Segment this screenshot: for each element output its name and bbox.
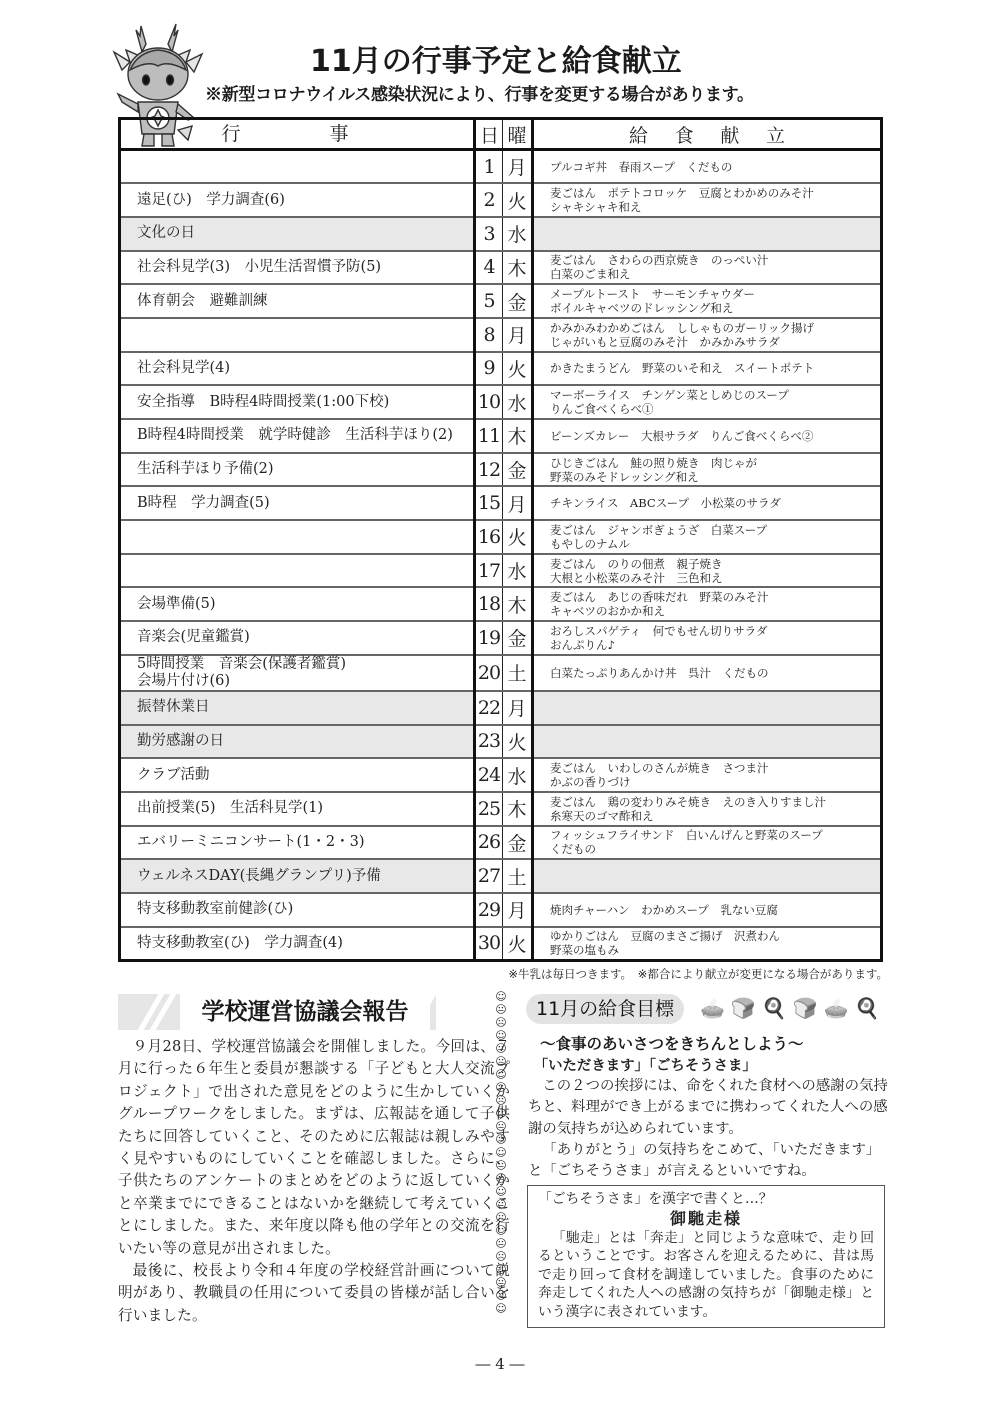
fried-egg-icon: 🍳 bbox=[855, 994, 880, 1022]
menu-line: 野菜の塩もみ bbox=[550, 943, 880, 957]
header-menu-char: 給 bbox=[629, 121, 648, 148]
weekday-cell: 金 bbox=[503, 453, 533, 487]
day-cell: 8 bbox=[475, 318, 503, 352]
face-icon: 😐 bbox=[494, 1003, 508, 1016]
event-cell: B時程 学力調査(5) bbox=[120, 486, 475, 520]
menu-line: ひじきごはん 鮭の照り焼き 肉じゃが bbox=[550, 456, 880, 470]
fried-egg-icon: 🍳 bbox=[762, 994, 787, 1022]
kanji-explanation: 「馳走」とは「奔走」と同じような意味で、走り回るということです。お客さんを迎える… bbox=[538, 1229, 874, 1322]
menu-line: 麦ごはん いわしのさんが焼き さつま汁 bbox=[550, 761, 880, 775]
weekday-cell: 金 bbox=[503, 621, 533, 655]
event-cell: 出前授業(5) 生活科見学(1) bbox=[120, 792, 475, 826]
weekday-cell: 土 bbox=[503, 859, 533, 893]
table-row: 1月プルコギ丼 春雨スープ くだもの bbox=[120, 150, 882, 184]
day-cell: 16 bbox=[475, 520, 503, 554]
weekday-cell: 月 bbox=[503, 318, 533, 352]
council-paragraph: ９月28日、学校運営協議会を開催しました。今回は、７月に行った６年生と委員が懇談… bbox=[118, 1036, 510, 1260]
menu-line: ゆかりごはん 豆腐のまさご揚げ 沢煮わん bbox=[550, 929, 880, 943]
event-cell: 遠足(ひ) 学力調査(6) bbox=[120, 183, 475, 217]
menu-cell bbox=[533, 691, 882, 725]
menu-cell: かきたまうどん 野菜のいそ和え スイートポテト bbox=[533, 352, 882, 386]
menu-line: 白菜たっぷりあんかけ丼 呉汁 くだもの bbox=[550, 666, 880, 680]
event-line: B時程 学力調査(5) bbox=[137, 495, 473, 512]
menu-cell: 麦ごはん ポテトコロッケ 豆腐とわかめのみそ汁シャキシャキ和え bbox=[533, 183, 882, 217]
face-icon: ☺ bbox=[494, 1263, 508, 1276]
menu-cell bbox=[533, 859, 882, 893]
header-event-char: 事 bbox=[329, 126, 348, 143]
table-row: B時程 学力調査(5)15月チキンライス ABCスープ 小松菜のサラダ bbox=[120, 486, 882, 520]
kanji-answer: 御馳走様 bbox=[538, 1209, 874, 1229]
menu-cell: マーボーライス チンゲン菜としめじのスープりんご食べくらべ① bbox=[533, 385, 882, 419]
event-cell: エバリーミニコンサート(1・2・3) bbox=[120, 826, 475, 860]
council-paragraph: 最後に、校長より令和４年度の学校経営計画について説明があり、教職員の任用について… bbox=[118, 1260, 510, 1327]
event-cell: B時程4時間授業 就学時健診 生活科芋ほり(2) bbox=[120, 419, 475, 453]
face-icon: ☹ bbox=[494, 1094, 508, 1107]
face-icon: 😐 bbox=[494, 1237, 508, 1250]
event-cell: 生活科芋ほり予備(2) bbox=[120, 453, 475, 487]
table-row: 文化の日3水 bbox=[120, 217, 882, 251]
council-report-title: 学校運営協議会報告 bbox=[180, 994, 430, 1030]
weekday-cell: 火 bbox=[503, 927, 533, 961]
event-line: 5時間授業 音楽会(保護者鑑賞) bbox=[137, 656, 473, 673]
event-line: 会場片付け(6) bbox=[137, 673, 473, 690]
menu-line: かきたまうどん 野菜のいそ和え スイートポテト bbox=[550, 361, 880, 375]
page-number: ― 4 ― bbox=[0, 1355, 1000, 1373]
face-icon: ☹ bbox=[494, 1211, 508, 1224]
menu-line: かみかみわかめごはん ししゃものガーリック揚げ bbox=[550, 321, 880, 335]
face-icon: ☹ bbox=[494, 1133, 508, 1146]
menu-line: ビーンズカレー 大根サラダ りんご食べくらべ② bbox=[550, 429, 880, 443]
event-cell: 5時間授業 音楽会(保護者鑑賞)会場片付け(6) bbox=[120, 655, 475, 691]
weekday-cell: 金 bbox=[503, 284, 533, 318]
event-line: 体育朝会 避難訓練 bbox=[137, 293, 473, 310]
menu-line: シャキシャキ和え bbox=[550, 200, 880, 214]
weekday-cell: 月 bbox=[503, 691, 533, 725]
day-cell: 25 bbox=[475, 792, 503, 826]
event-line: 文化の日 bbox=[137, 225, 473, 242]
table-row: 5時間授業 音楽会(保護者鑑賞)会場片付け(6)20土白菜たっぷりあんかけ丼 呉… bbox=[120, 655, 882, 691]
weekday-cell: 金 bbox=[503, 826, 533, 860]
day-cell: 12 bbox=[475, 453, 503, 487]
event-cell: 安全指導 B時程4時間授業(1:00下校) bbox=[120, 385, 475, 419]
day-cell: 9 bbox=[475, 352, 503, 386]
menu-line: かぶの香りづけ bbox=[550, 775, 880, 789]
table-row: 会場準備(5)18木麦ごはん あじの香味だれ 野菜のみそ汁キャベツのおかか和え bbox=[120, 587, 882, 621]
event-cell: 社会科見学(4) bbox=[120, 352, 475, 386]
table-row: 体育朝会 避難訓練5金メープルトースト サーモンチャウダーボイルキャベツのドレッ… bbox=[120, 284, 882, 318]
face-icon: ☺ bbox=[494, 1224, 508, 1237]
weekday-cell: 火 bbox=[503, 183, 533, 217]
menu-line: くだもの bbox=[550, 842, 880, 856]
weekday-cell: 木 bbox=[503, 251, 533, 285]
menu-cell: プルコギ丼 春雨スープ くだもの bbox=[533, 150, 882, 184]
schedule-body: 1月プルコギ丼 春雨スープ くだもの遠足(ひ) 学力調査(6)2火麦ごはん ポテ… bbox=[120, 150, 882, 961]
event-cell: 文化の日 bbox=[120, 217, 475, 251]
face-icon: 😐 bbox=[494, 1276, 508, 1289]
menu-line: 麦ごはん ジャンボぎょうざ 白菜スープ bbox=[550, 523, 880, 537]
event-line: 出前授業(5) 生活科見学(1) bbox=[137, 800, 473, 817]
event-cell: 特支移動教室(ひ) 学力調査(4) bbox=[120, 927, 475, 961]
weekday-cell: 木 bbox=[503, 587, 533, 621]
weekday-cell: 土 bbox=[503, 655, 533, 691]
face-icon: 😐 bbox=[494, 1159, 508, 1172]
event-line: 勤労感謝の日 bbox=[137, 733, 473, 750]
face-icon: ☺ bbox=[494, 1029, 508, 1042]
event-cell: ウェルネスDAY(長縄グランプリ)予備 bbox=[120, 859, 475, 893]
weekday-cell: 水 bbox=[503, 385, 533, 419]
table-row: 社会科見学(3) 小児生活習慣予防(5)4木麦ごはん さわらの西京焼き のっぺい… bbox=[120, 251, 882, 285]
event-line: 特支移動教室(ひ) 学力調査(4) bbox=[137, 935, 473, 952]
table-row: 8月かみかみわかめごはん ししゃものガーリック揚げじゃがいもと豆腐のみそ汁 かみ… bbox=[120, 318, 882, 352]
day-cell: 19 bbox=[475, 621, 503, 655]
face-icon: ☺ bbox=[494, 1146, 508, 1159]
weekday-cell: 火 bbox=[503, 520, 533, 554]
face-icon: ☹ bbox=[494, 1250, 508, 1263]
header-menu: 給 食 献 立 bbox=[533, 119, 882, 150]
event-cell bbox=[120, 520, 475, 554]
day-cell: 3 bbox=[475, 217, 503, 251]
day-cell: 18 bbox=[475, 587, 503, 621]
face-icon: ☹ bbox=[494, 1055, 508, 1068]
menu-line: 糸寒天のゴマ酢和え bbox=[550, 809, 880, 823]
day-cell: 17 bbox=[475, 554, 503, 588]
face-icon: ☺ bbox=[494, 1107, 508, 1120]
weekday-cell: 月 bbox=[503, 486, 533, 520]
event-cell: クラブ活動 bbox=[120, 758, 475, 792]
menu-cell: メープルトースト サーモンチャウダーボイルキャベツのドレッシング和え bbox=[533, 284, 882, 318]
table-row: 出前授業(5) 生活科見学(1)25木麦ごはん 鶏の変わりみそ焼き えのき入りす… bbox=[120, 792, 882, 826]
menu-line: マーボーライス チンゲン菜としめじのスープ bbox=[550, 388, 880, 402]
menu-cell: おろしスパゲティ 何でもせん切りサラダおんぷりん♪ bbox=[533, 621, 882, 655]
table-row: クラブ活動24水麦ごはん いわしのさんが焼き さつま汁かぶの香りづけ bbox=[120, 758, 882, 792]
table-row: 特支移動教室前健診(ひ)29月焼肉チャーハン わかめスープ 乳ない豆腐 bbox=[120, 893, 882, 927]
table-row: 勤労感謝の日23火 bbox=[120, 725, 882, 759]
event-line: 振替休業日 bbox=[137, 699, 473, 716]
menu-line: フィッシュフライサンド 白いんげんと野菜のスープ bbox=[550, 828, 880, 842]
day-cell: 24 bbox=[475, 758, 503, 792]
face-icon: 😐 bbox=[494, 1081, 508, 1094]
face-icon: ☺ bbox=[494, 1302, 508, 1315]
event-cell: 会場準備(5) bbox=[120, 587, 475, 621]
menu-cell: 麦ごはん あじの香味だれ 野菜のみそ汁キャベツのおかか和え bbox=[533, 587, 882, 621]
menu-line: チキンライス ABCスープ 小松菜のサラダ bbox=[550, 496, 880, 510]
table-header-row: 行 事 日 曜 給 食 献 立 bbox=[120, 119, 882, 150]
page-title: 11月の行事予定と給食献立 bbox=[310, 44, 682, 80]
event-line: 遠足(ひ) 学力調査(6) bbox=[137, 192, 473, 209]
event-line: 生活科芋ほり予備(2) bbox=[137, 461, 473, 478]
menu-line: 焼肉チャーハン わかめスープ 乳ない豆腐 bbox=[550, 903, 880, 917]
table-row: 生活科芋ほり予備(2)12金ひじきごはん 鮭の照り焼き 肉じゃが野菜のみそドレッ… bbox=[120, 453, 882, 487]
day-cell: 15 bbox=[475, 486, 503, 520]
lunch-goal-body: 「いただきます」「ごちそうさま」 この２つの挨拶には、命をくれた食材への感謝の気… bbox=[528, 1055, 890, 1182]
menu-line: りんご食べくらべ① bbox=[550, 402, 880, 416]
event-line: B時程4時間授業 就学時健診 生活科芋ほり(2) bbox=[137, 427, 473, 444]
lunch-goal-paragraph: 「ありがとう」の気持ちをこめて、「いただきます」と「ごちそうさま」が言えるといい… bbox=[528, 1140, 890, 1182]
pie-icon: 🥧 bbox=[700, 994, 725, 1022]
menu-line: プルコギ丼 春雨スープ くだもの bbox=[550, 160, 880, 174]
greeting-quote: 「いただきます」「ごちそうさま」 bbox=[528, 1055, 890, 1076]
day-cell: 4 bbox=[475, 251, 503, 285]
day-cell: 10 bbox=[475, 385, 503, 419]
lunch-goal-label: 11月の給食目標 bbox=[526, 994, 684, 1024]
weekday-cell: 水 bbox=[503, 554, 533, 588]
schedule-menu-table: 行 事 日 曜 給 食 献 立 1月プルコギ丼 春雨スープ くだもの遠足(ひ) … bbox=[118, 117, 883, 962]
menu-line: もやしのナムル bbox=[550, 537, 880, 551]
menu-line: 大根と小松菜のみそ汁 三色和え bbox=[550, 571, 880, 585]
weekday-cell: 月 bbox=[503, 150, 533, 184]
day-cell: 5 bbox=[475, 284, 503, 318]
weekday-cell: 木 bbox=[503, 419, 533, 453]
menu-cell: 麦ごはん さわらの西京焼き のっぺい汁白菜のごま和え bbox=[533, 251, 882, 285]
day-cell: 11 bbox=[475, 419, 503, 453]
face-icon: ☹ bbox=[494, 1172, 508, 1185]
menu-cell: 麦ごはん 鶏の変わりみそ焼き えのき入りすまし汁糸寒天のゴマ酢和え bbox=[533, 792, 882, 826]
day-cell: 26 bbox=[475, 826, 503, 860]
table-row: 特支移動教室(ひ) 学力調査(4)30火ゆかりごはん 豆腐のまさご揚げ 沢煮わん… bbox=[120, 927, 882, 961]
menu-cell: ひじきごはん 鮭の照り焼き 肉じゃが野菜のみそドレッシング和え bbox=[533, 453, 882, 487]
event-line: エバリーミニコンサート(1・2・3) bbox=[137, 834, 473, 851]
lunch-goal-subtitle: ～食事のあいさつをきちんとしよう～ bbox=[540, 1032, 804, 1054]
table-row: 遠足(ひ) 学力調査(6)2火麦ごはん ポテトコロッケ 豆腐とわかめのみそ汁シャ… bbox=[120, 183, 882, 217]
table-row: ウェルネスDAY(長縄グランプリ)予備27土 bbox=[120, 859, 882, 893]
day-cell: 22 bbox=[475, 691, 503, 725]
pie-icon: 🥧 bbox=[824, 994, 849, 1022]
face-icon: ☹ bbox=[494, 1289, 508, 1302]
weekday-cell: 水 bbox=[503, 758, 533, 792]
menu-cell: 白菜たっぷりあんかけ丼 呉汁 くだもの bbox=[533, 655, 882, 691]
menu-cell: 麦ごはん いわしのさんが焼き さつま汁かぶの香りづけ bbox=[533, 758, 882, 792]
covid-notice: ※新型コロナウイルス感染状況により、行事を変更する場合があります。 bbox=[205, 84, 754, 106]
event-cell: 勤労感謝の日 bbox=[120, 725, 475, 759]
day-cell: 27 bbox=[475, 859, 503, 893]
menu-cell bbox=[533, 217, 882, 251]
header-menu-char: 立 bbox=[766, 121, 785, 148]
event-cell: 特支移動教室前健診(ひ) bbox=[120, 893, 475, 927]
weekday-cell: 火 bbox=[503, 352, 533, 386]
menu-cell: 麦ごはん のりの佃煮 親子焼き大根と小松菜のみそ汁 三色和え bbox=[533, 554, 882, 588]
event-line: 音楽会(児童鑑賞) bbox=[137, 629, 473, 646]
face-icon: 😐 bbox=[494, 1120, 508, 1133]
gochisousama-kanji-box: 「ごちそうさま」を漢字で書くと…？ 御馳走様 「馳走」とは「奔走」と同じような意… bbox=[527, 1185, 885, 1328]
menu-cell: 焼肉チャーハン わかめスープ 乳ない豆腐 bbox=[533, 893, 882, 927]
menu-cell: チキンライス ABCスープ 小松菜のサラダ bbox=[533, 486, 882, 520]
weekday-cell: 火 bbox=[503, 725, 533, 759]
header-event-char: 行 bbox=[221, 126, 240, 143]
menu-cell: ビーンズカレー 大根サラダ りんご食べくらべ② bbox=[533, 419, 882, 453]
event-line: ウェルネスDAY(長縄グランプリ)予備 bbox=[137, 868, 473, 885]
menu-line: 麦ごはん さわらの西京焼き のっぺい汁 bbox=[550, 253, 880, 267]
table-row: 17水麦ごはん のりの佃煮 親子焼き大根と小松菜のみそ汁 三色和え bbox=[120, 554, 882, 588]
menu-cell: ゆかりごはん 豆腐のまさご揚げ 沢煮わん野菜の塩もみ bbox=[533, 927, 882, 961]
event-cell: 音楽会(児童鑑賞) bbox=[120, 621, 475, 655]
bread-icon: 🍞 bbox=[793, 994, 818, 1022]
council-report-body: ９月28日、学校運営協議会を開催しました。今回は、７月に行った６年生と委員が懇談… bbox=[118, 1036, 510, 1327]
event-line: 社会科見学(4) bbox=[137, 360, 473, 377]
menu-line: 麦ごはん 鶏の変わりみそ焼き えのき入りすまし汁 bbox=[550, 795, 880, 809]
event-cell: 振替休業日 bbox=[120, 691, 475, 725]
table-row: 16火麦ごはん ジャンボぎょうざ 白菜スープもやしのナムル bbox=[120, 520, 882, 554]
day-cell: 23 bbox=[475, 725, 503, 759]
menu-line: 野菜のみそドレッシング和え bbox=[550, 470, 880, 484]
bread-icon: 🍞 bbox=[731, 994, 756, 1022]
event-line: クラブ活動 bbox=[137, 767, 473, 784]
face-icon: ☺ bbox=[494, 1068, 508, 1081]
event-cell bbox=[120, 150, 475, 184]
menu-cell: かみかみわかめごはん ししゃものガーリック揚げじゃがいもと豆腐のみそ汁 かみかみ… bbox=[533, 318, 882, 352]
face-icon: 😐 bbox=[494, 1198, 508, 1211]
event-line: 特支移動教室前健診(ひ) bbox=[137, 901, 473, 918]
table-footnote: ※牛乳は毎日つきます。 ※都合により献立が変更になる場合があります。 bbox=[508, 966, 888, 982]
weekday-cell: 木 bbox=[503, 792, 533, 826]
table-row: B時程4時間授業 就学時健診 生活科芋ほり(2)11木ビーンズカレー 大根サラダ… bbox=[120, 419, 882, 453]
event-line: 会場準備(5) bbox=[137, 596, 473, 613]
header-menu-char: 食 bbox=[675, 121, 694, 148]
event-line: 安全指導 B時程4時間授業(1:00下校) bbox=[137, 394, 473, 411]
menu-cell bbox=[533, 725, 882, 759]
face-icon: ☺ bbox=[494, 1185, 508, 1198]
kanji-question: 「ごちそうさま」を漢字で書くと…？ bbox=[538, 1190, 874, 1209]
day-cell: 30 bbox=[475, 927, 503, 961]
event-cell: 体育朝会 避難訓練 bbox=[120, 284, 475, 318]
table-row: エバリーミニコンサート(1・2・3)26金フィッシュフライサンド 白いんげんと野… bbox=[120, 826, 882, 860]
menu-line: 白菜のごま和え bbox=[550, 267, 880, 281]
menu-line: 麦ごはん あじの香味だれ 野菜のみそ汁 bbox=[550, 590, 880, 604]
table-row: 振替休業日22月 bbox=[120, 691, 882, 725]
menu-line: キャベツのおかか和え bbox=[550, 604, 880, 618]
smiley-face-divider: ☺😐☹☺😐☹☺😐☹☺😐☹☺😐☹☺😐☹☺😐☹☺😐☹☺ bbox=[494, 990, 508, 1315]
event-cell bbox=[120, 554, 475, 588]
face-icon: ☺ bbox=[494, 990, 508, 1003]
lunch-goal-paragraph: この２つの挨拶には、命をくれた食材への感謝の気持ちと、料理ができ上がるまでに携わ… bbox=[528, 1076, 890, 1140]
header-weekday: 曜 bbox=[503, 119, 533, 150]
menu-line: おろしスパゲティ 何でもせん切りサラダ bbox=[550, 624, 880, 638]
face-icon: ☹ bbox=[494, 1016, 508, 1029]
weekday-cell: 月 bbox=[503, 893, 533, 927]
table-row: 音楽会(児童鑑賞)19金おろしスパゲティ 何でもせん切りサラダおんぷりん♪ bbox=[120, 621, 882, 655]
menu-line: 麦ごはん のりの佃煮 親子焼き bbox=[550, 557, 880, 571]
menu-line: メープルトースト サーモンチャウダー bbox=[550, 287, 880, 301]
menu-cell: フィッシュフライサンド 白いんげんと野菜のスープくだもの bbox=[533, 826, 882, 860]
event-cell: 社会科見学(3) 小児生活習慣予防(5) bbox=[120, 251, 475, 285]
header-event: 行 事 bbox=[120, 119, 475, 150]
day-cell: 2 bbox=[475, 183, 503, 217]
menu-line: おんぷりん♪ bbox=[550, 638, 880, 652]
header-day: 日 bbox=[475, 119, 503, 150]
face-icon: 😐 bbox=[494, 1042, 508, 1055]
menu-cell: 麦ごはん ジャンボぎょうざ 白菜スープもやしのナムル bbox=[533, 520, 882, 554]
council-report-header: 学校運営協議会報告 bbox=[118, 994, 436, 1030]
menu-line: 麦ごはん ポテトコロッケ 豆腐とわかめのみそ汁 bbox=[550, 186, 880, 200]
weekday-cell: 水 bbox=[503, 217, 533, 251]
day-cell: 1 bbox=[475, 150, 503, 184]
event-line: 社会科見学(3) 小児生活習慣予防(5) bbox=[137, 259, 473, 276]
menu-line: じゃがいもと豆腐のみそ汁 かみかみサラダ bbox=[550, 335, 880, 349]
table-row: 社会科見学(4)9火かきたまうどん 野菜のいそ和え スイートポテト bbox=[120, 352, 882, 386]
day-cell: 29 bbox=[475, 893, 503, 927]
menu-line: ボイルキャベツのドレッシング和え bbox=[550, 301, 880, 315]
day-cell: 20 bbox=[475, 655, 503, 691]
food-icons-row: 🥧🍞🍳🍞🥧🍳 bbox=[700, 994, 879, 1022]
header-menu-char: 献 bbox=[720, 121, 739, 148]
event-cell bbox=[120, 318, 475, 352]
table-row: 安全指導 B時程4時間授業(1:00下校)10水マーボーライス チンゲン菜としめ… bbox=[120, 385, 882, 419]
